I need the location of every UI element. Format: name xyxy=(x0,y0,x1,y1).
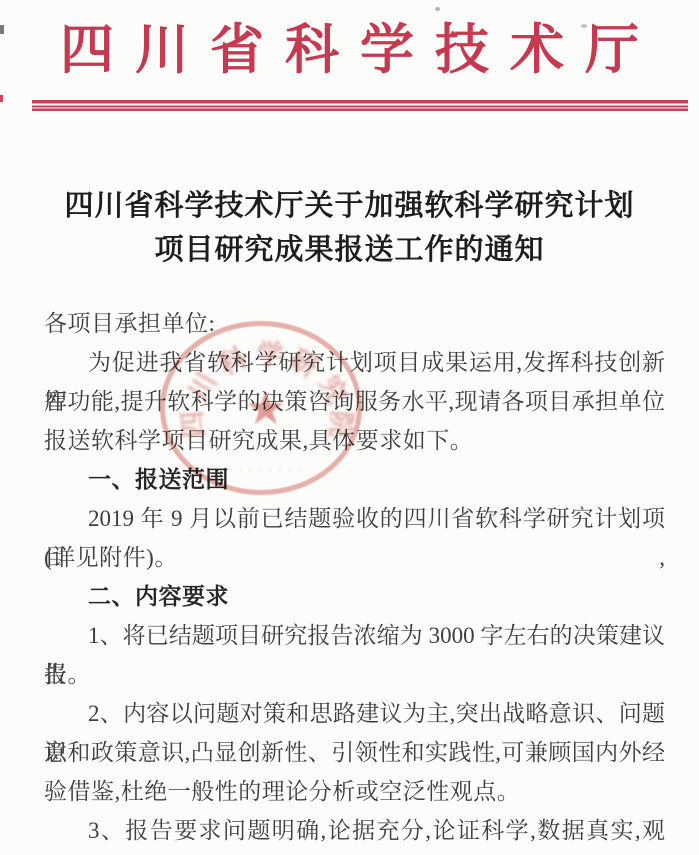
body-line-salutation: 各项目承担单位: xyxy=(44,304,665,343)
scan-speck xyxy=(0,95,3,102)
red-divider-line xyxy=(32,100,688,111)
document-title-line-1: 四川省科学技术厅关于加强软科学研究计划 xyxy=(0,184,699,228)
body-line: 1、将已结题项目研究报告浓缩为 3000 字左右的决策建议报 xyxy=(44,616,665,655)
body-line: 为促进我省软科学研究计划项目成果运用,发挥科技创新智 xyxy=(44,343,665,382)
scan-speck xyxy=(435,7,440,11)
scan-speck xyxy=(581,24,587,28)
document-title-line-2: 项目研究成果报送工作的通知 xyxy=(0,228,699,272)
body-line: 验借鉴,杜绝一般性的理论分析或空泛性观点。 xyxy=(44,772,665,811)
document-body: 各项目承担单位: 为促进我省软科学研究计划项目成果运用,发挥科技创新智 库功能,… xyxy=(44,304,665,850)
section-heading-1: 一、报送范围 xyxy=(44,460,665,499)
scan-speck xyxy=(0,25,4,34)
body-line: 2、内容以问题对策和思路建议为主,突出战略意识、问题意 xyxy=(44,694,665,733)
section-heading-2: 二、内容要求 xyxy=(44,577,665,616)
scanned-document-page: 四川省科学技术厅 四川省科学技术厅关于加强软科学研究计划 项目研究成果报送工作的… xyxy=(0,0,699,855)
agency-letterhead: 四川省科学技术厅 xyxy=(0,14,699,86)
body-line: 3、报告要求问题明确,论据充分,论证科学,数据真实,观 xyxy=(44,811,665,850)
body-line: 识和政策意识,凸显创新性、引领性和实践性,可兼顾国内外经 xyxy=(44,733,665,772)
body-line: 2019 年 9 月以前已结题验收的四川省软科学研究计划项目, xyxy=(44,499,665,538)
document-title: 四川省科学技术厅关于加强软科学研究计划 项目研究成果报送工作的通知 xyxy=(0,184,699,272)
body-line: 库功能,提升软科学的决策咨询服务水平,现请各项目承担单位 xyxy=(44,382,665,421)
body-line: 告。 xyxy=(44,655,665,694)
body-line: 报送软科学项目研究成果,具体要求如下。 xyxy=(44,421,665,460)
